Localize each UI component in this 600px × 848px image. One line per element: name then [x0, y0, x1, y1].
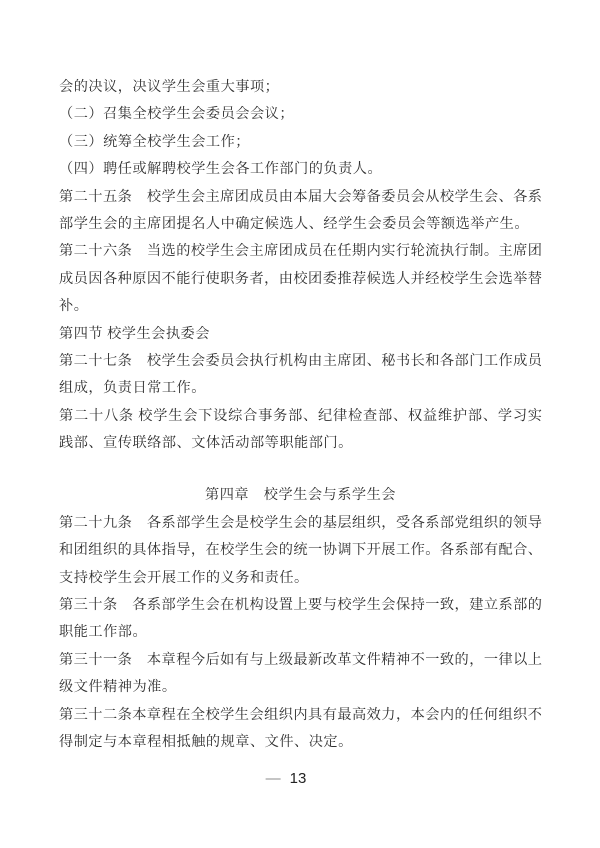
text-line: （四）聘任或解聘校学生会各工作部门的负责人。: [59, 156, 542, 183]
text-line: 级文件精神为准。: [59, 674, 542, 701]
text-line: 践部、宣传联络部、文体活动部等职能部门。: [59, 430, 542, 457]
text-line: 组成，负责日常工作。: [59, 375, 542, 402]
section-heading: 第四节 校学生会执委会: [59, 321, 542, 348]
text-line: 第三十一条 本章程今后如有与上级最新改革文件精神不一致的，一律以上: [59, 647, 542, 674]
text-line: 第二十八条 校学生会下设综合事务部、纪律检查部、权益维护部、学习实: [59, 403, 542, 430]
text-line: 部学生会的主席团提名人中确定候选人、经学生会委员会等额选举产生。: [59, 211, 542, 238]
document-content: 会的决议，决议学生会重大事项；（二）召集全校学生会委员会会议；（三）统筹全校学生…: [59, 74, 542, 756]
page-number: 13: [290, 770, 307, 787]
text-line: 得制定与本章程相抵触的规章、文件、决定。: [59, 729, 542, 756]
text-line: 第二十七条 校学生会委员会执行机构由主席团、秘书长和各部门工作成员: [59, 348, 542, 375]
footer-dash: —: [266, 770, 281, 787]
document-page: 会的决议，决议学生会重大事项；（二）召集全校学生会委员会会议；（三）统筹全校学生…: [0, 0, 600, 848]
text-line: 职能工作部。: [59, 619, 542, 646]
text-line: 成员因各种原因不能行使职务者，由校团委推荐候选人并经校学生会选举替: [59, 266, 542, 293]
text-line: 第二十九条 各系部学生会是校学生会的基层组织，受各系部党组织的领导: [59, 510, 542, 537]
text-line: 会的决议，决议学生会重大事项；: [59, 74, 542, 101]
text-line: 支持校学生会开展工作的义务和责任。: [59, 565, 542, 592]
text-line: （三）统筹全校学生会工作；: [59, 129, 542, 156]
text-line: 第二十六条 当选的校学生会主席团成员在任期内实行轮流执行制。主席团: [59, 238, 542, 265]
text-line: 和团组织的具体指导，在校学生会的统一协调下开展工作。各系部有配合、: [59, 537, 542, 564]
text-line: 第三十条 各系部学生会在机构设置上要与校学生会保持一致，建立系部的: [59, 592, 542, 619]
chapter-heading: 第四章 校学生会与系学生会: [59, 482, 542, 509]
text-line: 第三十二条本章程在全校学生会组织内具有最高效力，本会内的任何组织不: [59, 702, 542, 729]
text-line: 第二十五条 校学生会主席团成员由本届大会筹备委员会从校学生会、各系: [59, 184, 542, 211]
text-line: （二）召集全校学生会委员会会议；: [59, 101, 542, 128]
text-line: 补。: [59, 293, 542, 320]
page-footer: —13: [0, 765, 572, 793]
